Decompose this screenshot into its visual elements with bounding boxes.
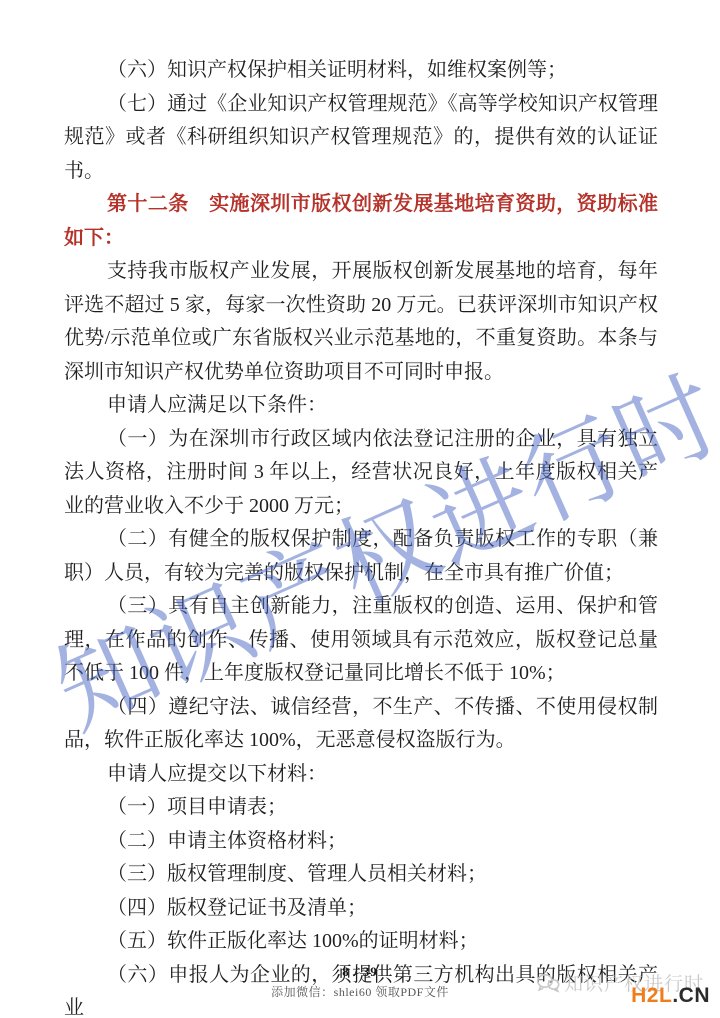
paragraph: （三）版权管理制度、管理人员相关材料； [64, 858, 658, 892]
paragraph: 申请人应满足以下条件： [64, 389, 658, 423]
paragraph: 支持我市版权产业发展，开展版权创新发展基地的培育，每年评选不超过 5 家，每家一… [64, 255, 658, 389]
paragraph: （一）项目申请表； [64, 791, 658, 825]
paragraph: （七）通过《企业知识产权管理规范》《高等学校知识产权管理规范》或者《科研组织知识… [64, 88, 658, 189]
paragraph: （二）有健全的版权保护制度，配备负责版权工作的专职（兼职）人员，有较为完善的版权… [64, 523, 658, 590]
site-logo: H2L.CN [631, 984, 710, 1008]
site-logo-suffix: .CN [672, 984, 710, 1007]
document-body: （六）知识产权保护相关证明材料，如维权案例等；（七）通过《企业知识产权管理规范》… [64, 54, 658, 1018]
site-logo-primary: H2L [631, 984, 672, 1007]
paragraph: （四）遵纪守法、诚信经营，不生产、不传播、不使用侵权制品，软件正版化率达 100… [64, 691, 658, 758]
paragraph: （六）知识产权保护相关证明材料，如维权案例等； [64, 54, 658, 88]
paragraph: 第十二条 实施深圳市版权创新发展基地培育资助，资助标准如下： [64, 188, 658, 255]
paragraph: 申请人应提交以下材料： [64, 758, 658, 792]
paragraph: （三）具有自主创新能力，注重版权的创造、运用、保护和管理，在作品的创作、传播、使… [64, 590, 658, 691]
paragraph: （四）版权登记证书及清单； [64, 892, 658, 926]
paragraph: （二）申请主体资格材料； [64, 825, 658, 859]
document-page: 知识产权进行时 （六）知识产权保护相关证明材料，如维权案例等；（七）通过《企业知… [0, 0, 720, 1018]
wechat-icon [536, 973, 560, 993]
paragraph: （五）软件正版化率达 100%的证明材料； [64, 925, 658, 959]
paragraph: （一）为在深圳市行政区域内依法登记注册的企业，具有独立法人资格，注册时间 3 年… [64, 423, 658, 524]
